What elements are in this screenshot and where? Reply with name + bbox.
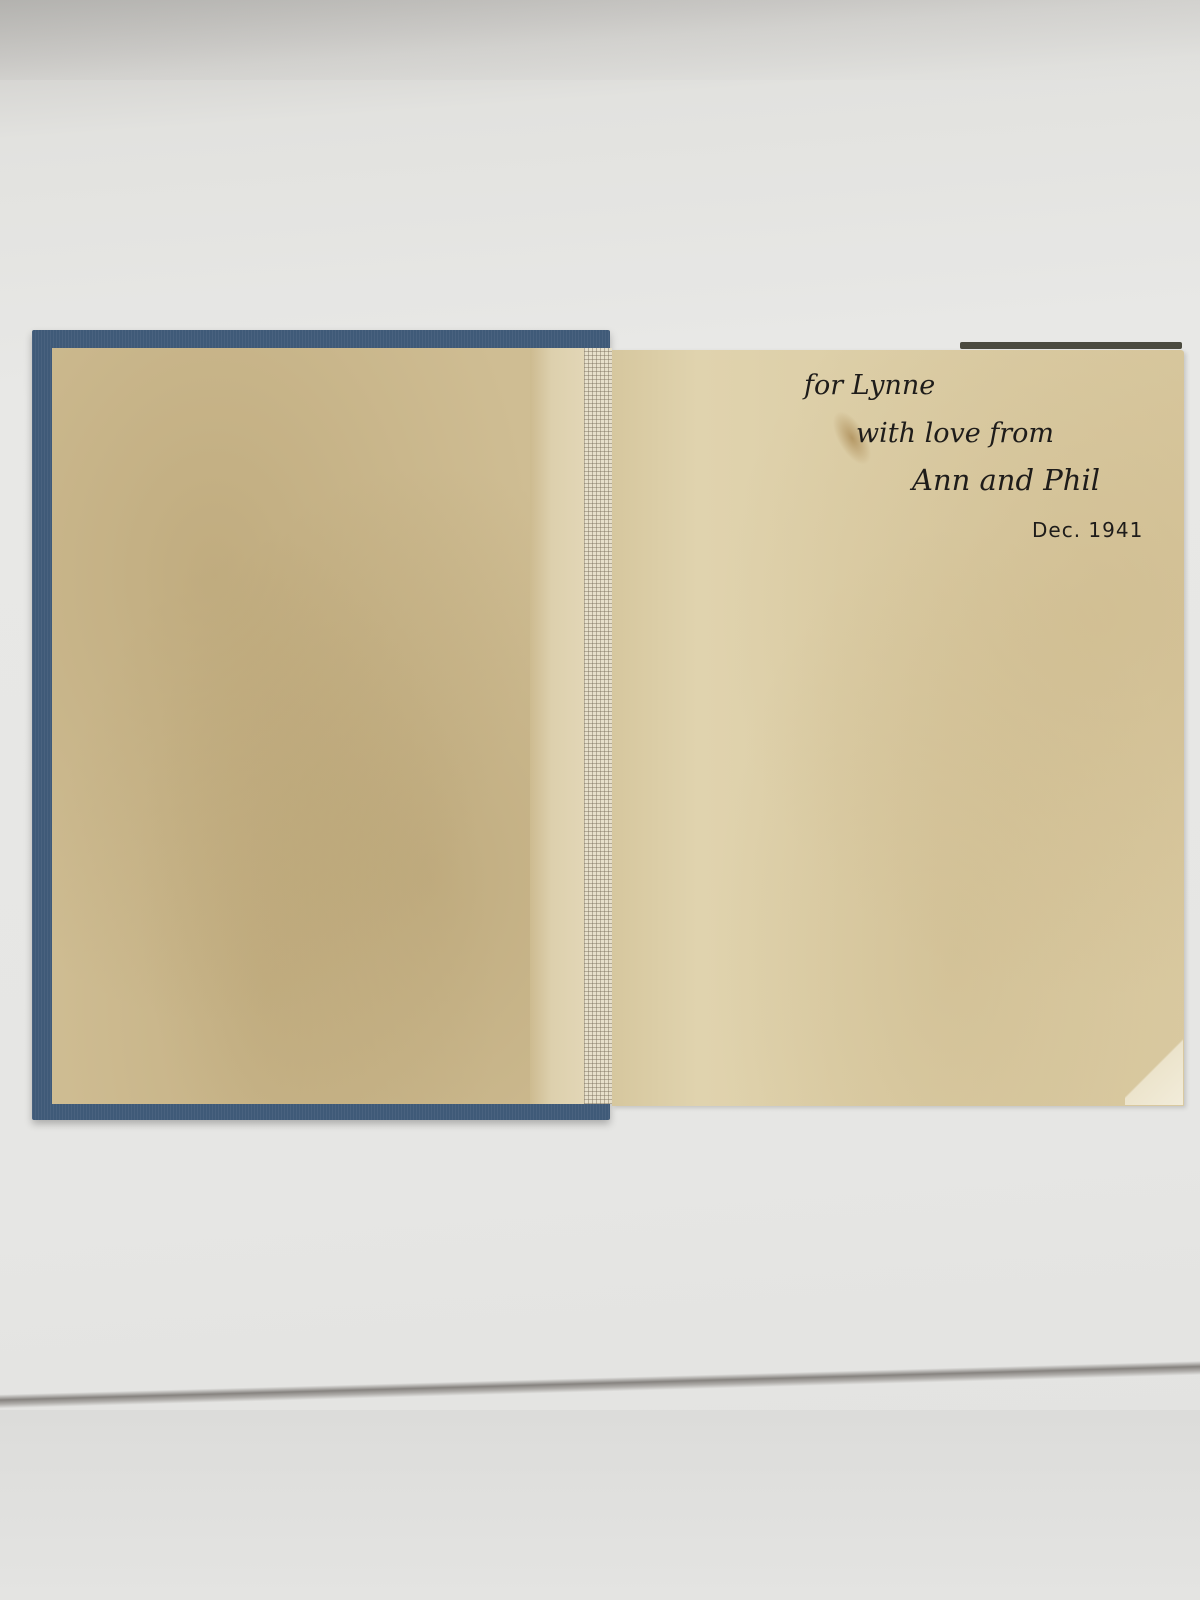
inscription-line-sentiment: with love from <box>856 420 1054 447</box>
endpaper-gutter-fold <box>530 348 584 1104</box>
handwritten-inscription: for Lynne with love from Ann and Phil De… <box>800 362 1160 562</box>
inscription-line-recipient: for Lynne <box>804 372 935 399</box>
open-book: for Lynne with love from Ann and Phil De… <box>0 0 1200 1200</box>
back-board-edge <box>960 342 1182 349</box>
hinge-mesh <box>584 348 612 1104</box>
inscription-line-givers: Ann and Phil <box>912 466 1100 495</box>
folded-page-corner <box>1125 1035 1183 1105</box>
inscription-date: Dec. 1941 <box>1032 520 1143 540</box>
table-lower-surface <box>0 1410 1200 1600</box>
front-pastedown-endpaper <box>52 348 592 1104</box>
